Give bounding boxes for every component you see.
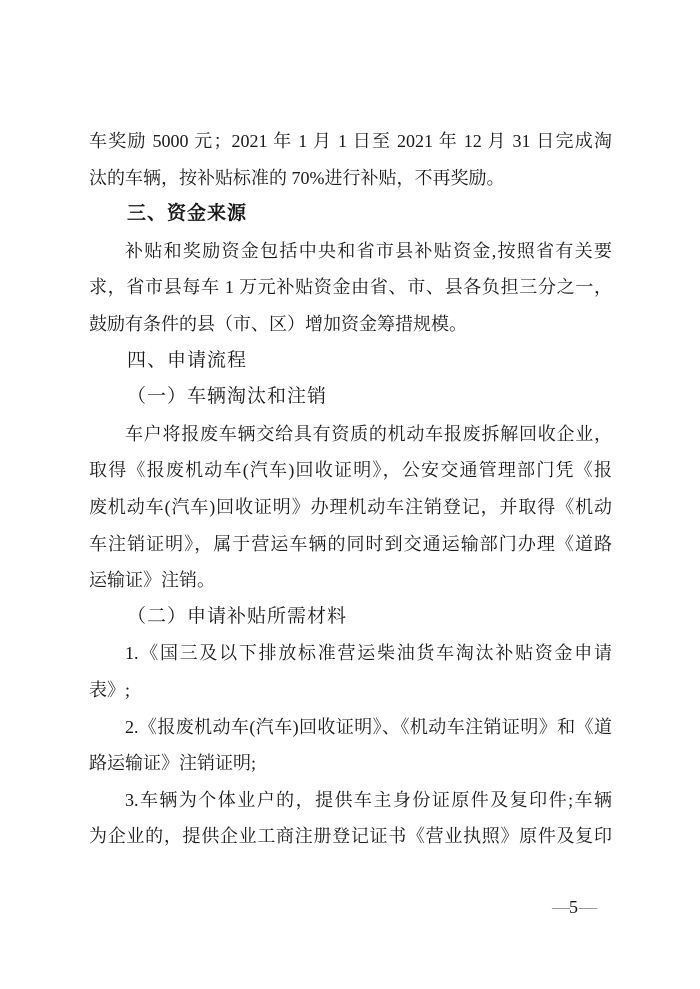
text-line: 2.《报废机动车(汽车)回收证明》、《机动车注销证明》和《道 [89, 709, 612, 746]
section-heading: （二）申请补贴所需材料 [89, 599, 612, 636]
section-heading: 三、资金来源 [89, 196, 612, 233]
text-line: 鼓励有条件的县（市、区）增加资金筹措规模。 [89, 306, 612, 343]
text-line: 补贴和奖励资金包括中央和省市县补贴资金,按照省有关要 [89, 233, 612, 270]
text-line: 1.《国三及以下排放标准营运柴油货车淘汰补贴资金申请 [89, 635, 612, 672]
text-line: 运输证》注销。 [89, 562, 612, 599]
footer-dash-right: — [579, 897, 595, 917]
section-heading: （一）车辆淘汰和注销 [89, 379, 612, 416]
text-line: 车注销证明》，属于营运车辆的同时到交通运输部门办理《道路 [89, 526, 612, 563]
footer-dash-left: — [552, 897, 568, 917]
section-heading: 四、申请流程 [89, 343, 612, 380]
text-line: 表》; [89, 672, 612, 709]
text-line: 为企业的，提供企业工商注册登记证书《营业执照》原件及复印 [89, 818, 612, 855]
page-footer: —5— [552, 896, 595, 918]
page-number: 5 [568, 897, 579, 917]
text-line: 车奖励 5000 元；2021 年 1 月 1 日至 2021 年 12 月 3… [89, 123, 612, 160]
text-line: 3.车辆为个体业户的，提供车主身份证原件及复印件;车辆 [89, 782, 612, 819]
document-body: 车奖励 5000 元；2021 年 1 月 1 日至 2021 年 12 月 3… [89, 123, 612, 855]
text-line: 路运输证》注销证明; [89, 745, 612, 782]
text-line: 汰的车辆，按补贴标准的 70%进行补贴，不再奖励。 [89, 160, 612, 197]
text-line: 取得《报废机动车(汽车)回收证明》，公安交通管理部门凭《报 [89, 452, 612, 489]
text-line: 求，省市县每车 1 万元补贴资金由省、市、县各负担三分之一， [89, 269, 612, 306]
document-page: 车奖励 5000 元；2021 年 1 月 1 日至 2021 年 12 月 3… [0, 0, 700, 989]
text-line: 废机动车(汽车)回收证明》办理机动车注销登记，并取得《机动 [89, 489, 612, 526]
text-line: 车户将报废车辆交给具有资质的机动车报废拆解回收企业， [89, 416, 612, 453]
